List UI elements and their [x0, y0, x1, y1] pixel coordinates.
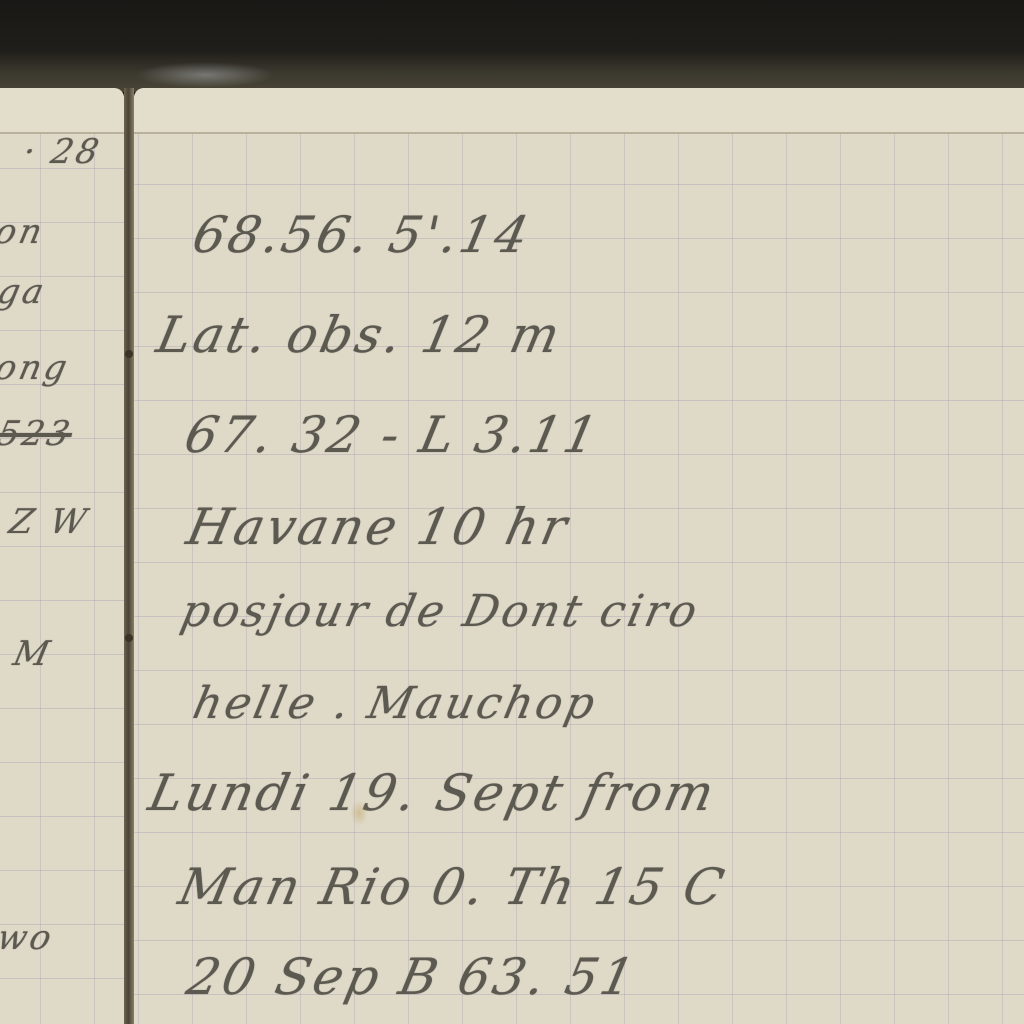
margin-entry: Z W [6, 502, 93, 542]
margin-entry: M [10, 634, 56, 674]
paper-fiber-edge [135, 62, 275, 88]
handwritten-line-2: Lat. obs. 12 m [152, 306, 568, 364]
handwritten-line-8: Man Rio 0. Th 15 C [174, 858, 732, 916]
margin-entry: on [0, 212, 49, 252]
margin-entry: · 28 [20, 132, 105, 172]
binding-gutter [124, 88, 134, 1024]
handwritten-line-9: 20 Sep B 63. 51 [182, 948, 642, 1006]
margin-entry-struck: 523 [0, 414, 76, 454]
right-notebook-page: 68.56. 5'.14 Lat. obs. 12 m 67. 32 - L 3… [134, 88, 1024, 1024]
left-notebook-page: · 28 on ga ong 523 Z W M wo [0, 88, 124, 1024]
handwritten-line-7: Lundi 19. Sept from [144, 764, 722, 822]
paper-stain [350, 800, 368, 826]
binding-stitch [125, 634, 133, 642]
binding-stitch [125, 350, 133, 358]
margin-entry: wo [0, 918, 58, 958]
handwritten-line-1: 68.56. 5'.14 [188, 206, 536, 264]
handwritten-line-5: posjour de Dont ciro [177, 586, 705, 637]
handwritten-line-6: helle . Mauchop [189, 678, 603, 729]
page-header-band [134, 88, 1024, 134]
margin-entry: ga [0, 272, 50, 312]
handwritten-line-4: Havane 10 hr [182, 498, 575, 556]
handwritten-line-3: 67. 32 - L 3.11 [180, 406, 605, 464]
page-header-band [0, 88, 124, 134]
margin-entry: ong [0, 348, 73, 388]
